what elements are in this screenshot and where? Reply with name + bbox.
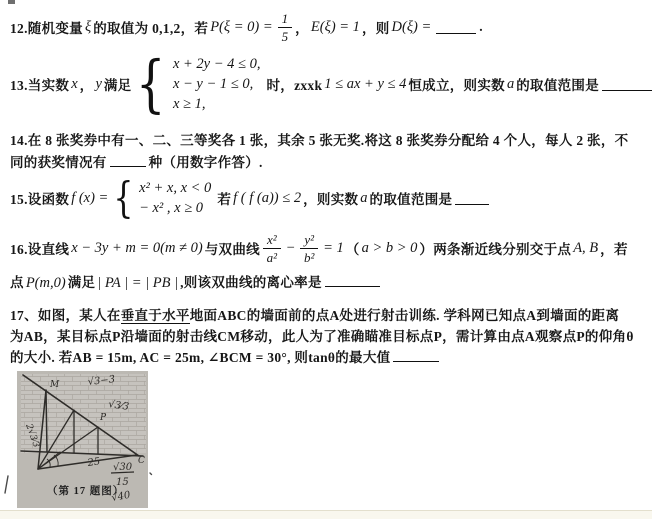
p14-answer-blank	[110, 154, 146, 167]
p17-text: 17、如图，某人在	[10, 308, 121, 323]
p16-math-ab: a > b > 0	[360, 240, 420, 257]
p16-text: 与双曲线	[205, 238, 260, 258]
p13-text: 恒成立，则实数	[408, 74, 505, 94]
page-footer-strip	[0, 510, 652, 519]
p15-math-fx: f (x) =	[69, 190, 110, 207]
p16-math-eq1: = 1	[321, 240, 346, 257]
p13-math-y: y	[93, 76, 103, 93]
problem-12: 12.随机变量ξ的取值为 0,1,2，若 P(ξ = 0) = 15 ， E(ξ…	[10, 8, 483, 46]
scan-artifact	[8, 0, 15, 4]
minus-sign: −	[284, 240, 298, 257]
vertical-from-m	[46, 390, 47, 452]
p15-case-1: x² + x, x < 0	[139, 178, 211, 198]
p13-condition-2: x − y − 1 ≤ 0,	[173, 74, 261, 94]
problem-17-line2: 为AB，某目标点P沿墙面的射击线CM移动，此人为了准确瞄准目标点P，需计算由点A…	[10, 326, 634, 348]
p12-text: ，则	[362, 17, 390, 37]
p15-text: ，则实数	[303, 188, 358, 208]
problem-16-line1: 16.设直线x − 3y + m = 0(m ≠ 0)与双曲线 x²a² − y…	[10, 228, 628, 268]
p15-text: 的取值范围是	[370, 188, 453, 208]
p13-text: 的取值范围是	[516, 74, 599, 94]
problem-14-line1: 14.在 8 张奖券中有一、二、三等奖各 1 张，其余 5 张无奖.将这 8 张…	[10, 130, 628, 152]
p17-text: 地面ABC的墙面前的点A处进行射击训练. 学科网已知点A到墙面的距离	[190, 308, 619, 323]
p13-math-a: a	[505, 76, 516, 93]
p12-math-prob: P(ξ = 0) =	[208, 19, 274, 36]
stray-mark-dot	[150, 473, 152, 475]
p15-answer-blank	[455, 192, 489, 205]
p15-text: 若	[217, 188, 231, 208]
p17-answer-blank	[393, 349, 439, 362]
p16-text: 16.设直线	[10, 238, 69, 258]
p16-text: 满足	[68, 275, 96, 290]
p12-text: 的取值为 0,1,2，若	[93, 17, 208, 37]
p16-text: （	[346, 238, 360, 258]
p16-answer-blank	[325, 274, 380, 287]
p16-fraction-y: y²b²	[300, 232, 318, 265]
p13-answer-blank	[602, 78, 652, 91]
p12-fraction: 15	[278, 11, 293, 44]
p16-text: ，若	[600, 238, 628, 258]
figure-caption: （第 17 题图）	[47, 484, 124, 497]
problem-17-figure: M P C √3−3 √3⁄3 2√3⁄3 25 √30 15 √40 （第 1…	[0, 363, 160, 515]
p16-math-p: P(m,0)	[24, 275, 68, 291]
p13-text: 满足	[104, 74, 132, 94]
p16-math-points: A, B	[571, 240, 600, 257]
problem-13: 13.当实数x，y满足 { x + 2y − 4 ≤ 0, x − y − 1 …	[10, 52, 652, 116]
annotation-sqrt30: √30	[113, 462, 133, 473]
problem-14-line2: 同的获奖情况有种（用数字作答）.	[10, 152, 263, 174]
p12-text: ，	[295, 17, 309, 37]
label-m: M	[49, 380, 60, 390]
p13-condition-3: x ≥ 1,	[173, 94, 261, 114]
p12-text: .	[479, 19, 483, 35]
p16-fraction-x: x²a²	[263, 232, 281, 265]
p12-math-var: D(ξ) =	[390, 19, 434, 36]
p16-text: 点	[10, 275, 24, 290]
problem-16-line2: 点P(m,0)满足| PA | = | PB |,则该双曲线的离心率是	[10, 272, 383, 295]
p16-math-pa-pb: | PA | = | PB |	[95, 275, 180, 291]
label-p: P	[99, 413, 107, 423]
problem-15: 15.设函数 f (x) = { x² + x, x < 0 − x² , x …	[10, 174, 492, 222]
p16-math-line: x − 3y + m = 0(m ≠ 0)	[69, 240, 205, 257]
annotation-25: 25	[86, 456, 101, 469]
p15-case-2: − x² , x ≥ 0	[139, 198, 211, 218]
p16-text: ,则该双曲线的离心率是	[180, 275, 322, 290]
p15-math-ffa: f ( f (a)) ≤ 2	[231, 190, 303, 207]
label-c: C	[138, 456, 145, 466]
p12-math-xi: ξ	[83, 19, 93, 36]
p13-text: ，	[80, 74, 94, 94]
p13-text: 时，zxxk	[266, 74, 322, 94]
p14-text: 种（用数字作答）.	[149, 155, 263, 170]
p15-text: 15.设函数	[10, 188, 69, 208]
p12-answer-blank	[436, 21, 476, 34]
p13-condition-1: x + 2y − 4 ≤ 0,	[173, 54, 261, 74]
left-brace: {	[114, 178, 134, 218]
left-brace: {	[136, 55, 166, 113]
p13-math-x: x	[69, 76, 79, 93]
problem-17-line1: 17、如图，某人在垂直于水平地面ABC的墙面前的点A处进行射击训练. 学科网已知…	[10, 305, 619, 327]
p17-underlined-phrase: 垂直于水平	[121, 308, 190, 324]
p13-math-ineq: 1 ≤ ax + y ≤ 4	[322, 76, 408, 93]
p13-text: 13.当实数	[10, 74, 69, 94]
p12-math-expect: E(ξ) = 1	[309, 19, 362, 36]
p13-system: x + 2y − 4 ≤ 0, x − y − 1 ≤ 0, x ≥ 1,	[173, 54, 261, 114]
stray-mark-left	[5, 476, 8, 493]
p14-text: 14.在 8 张奖券中有一、二、三等奖各 1 张，其余 5 张无奖.将这 8 张…	[10, 133, 628, 148]
p12-text: 12.随机变量	[10, 17, 83, 37]
p14-text: 同的获奖情况有	[10, 155, 107, 170]
p15-piecewise: x² + x, x < 0 − x² , x ≥ 0	[139, 178, 211, 218]
p15-math-a: a	[358, 190, 369, 207]
p17-text: 为AB，某目标点P沿墙面的射击线CM移动，此人为了准确瞄准目标点P，需计算由点A…	[10, 329, 634, 344]
p16-text: ）两条渐近线分别交于点	[419, 238, 571, 258]
